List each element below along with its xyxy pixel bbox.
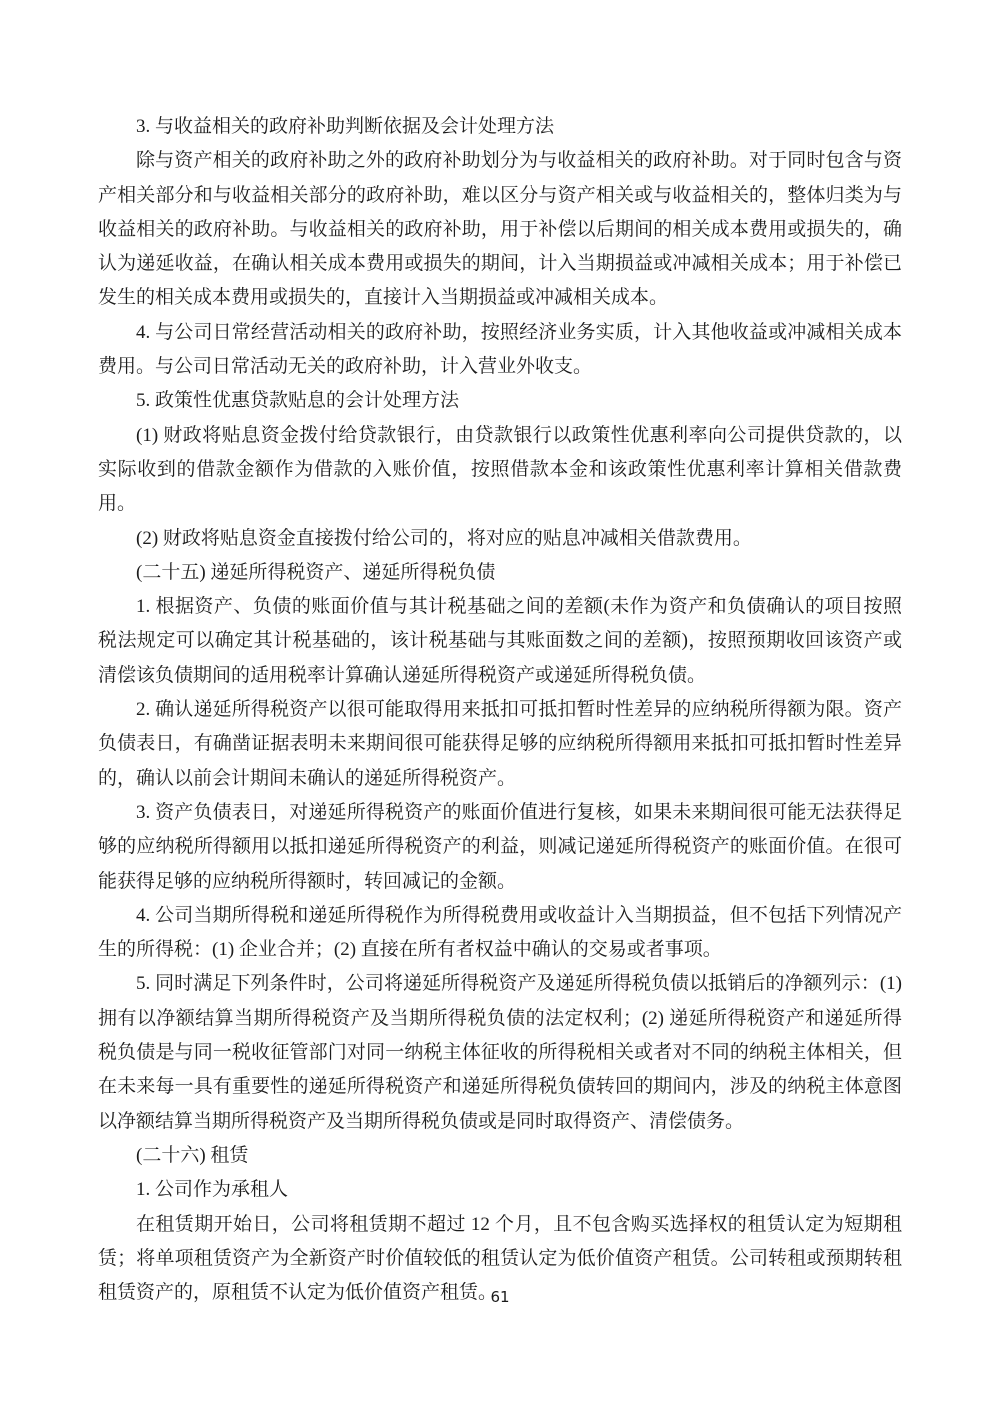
- paragraph: 4. 与公司日常经营活动相关的政府补助，按照经济业务实质，计入其他收益或冲减相关…: [98, 316, 902, 385]
- document-body: 3. 与收益相关的政府补助判断依据及会计处理方法 除与资产相关的政府补助之外的政…: [98, 110, 902, 1310]
- paragraph: 1. 根据资产、负债的账面价值与其计税基础之间的差额(未作为资产和负债确认的项目…: [98, 590, 902, 693]
- section-heading: (二十五) 递延所得税资产、递延所得税负债: [98, 556, 902, 590]
- paragraph: (2) 财政将贴息资金直接拨付给公司的，将对应的贴息冲减相关借款费用。: [98, 522, 902, 556]
- section-heading: 1. 公司作为承租人: [98, 1173, 902, 1207]
- section-heading: 3. 与收益相关的政府补助判断依据及会计处理方法: [98, 110, 902, 144]
- section-heading: 5. 政策性优惠贷款贴息的会计处理方法: [98, 384, 902, 418]
- paragraph: 2. 确认递延所得税资产以很可能取得用来抵扣可抵扣暂时性差异的应纳税所得额为限。…: [98, 693, 902, 796]
- document-page: 3. 与收益相关的政府补助判断依据及会计处理方法 除与资产相关的政府补助之外的政…: [0, 0, 1000, 1414]
- paragraph: 3. 资产负债表日，对递延所得税资产的账面价值进行复核，如果未来期间很可能无法获…: [98, 796, 902, 899]
- paragraph: 4. 公司当期所得税和递延所得税作为所得税费用或收益计入当期损益，但不包括下列情…: [98, 899, 902, 968]
- paragraph: 除与资产相关的政府补助之外的政府补助划分为与收益相关的政府补助。对于同时包含与资…: [98, 144, 902, 315]
- paragraph: 5. 同时满足下列条件时，公司将递延所得税资产及递延所得税负债以抵销后的净额列示…: [98, 967, 902, 1138]
- paragraph: (1) 财政将贴息资金拨付给贷款银行，由贷款银行以政策性优惠利率向公司提供贷款的…: [98, 419, 902, 522]
- page-number: 61: [0, 1288, 1000, 1306]
- section-heading: (二十六) 租赁: [98, 1139, 902, 1173]
